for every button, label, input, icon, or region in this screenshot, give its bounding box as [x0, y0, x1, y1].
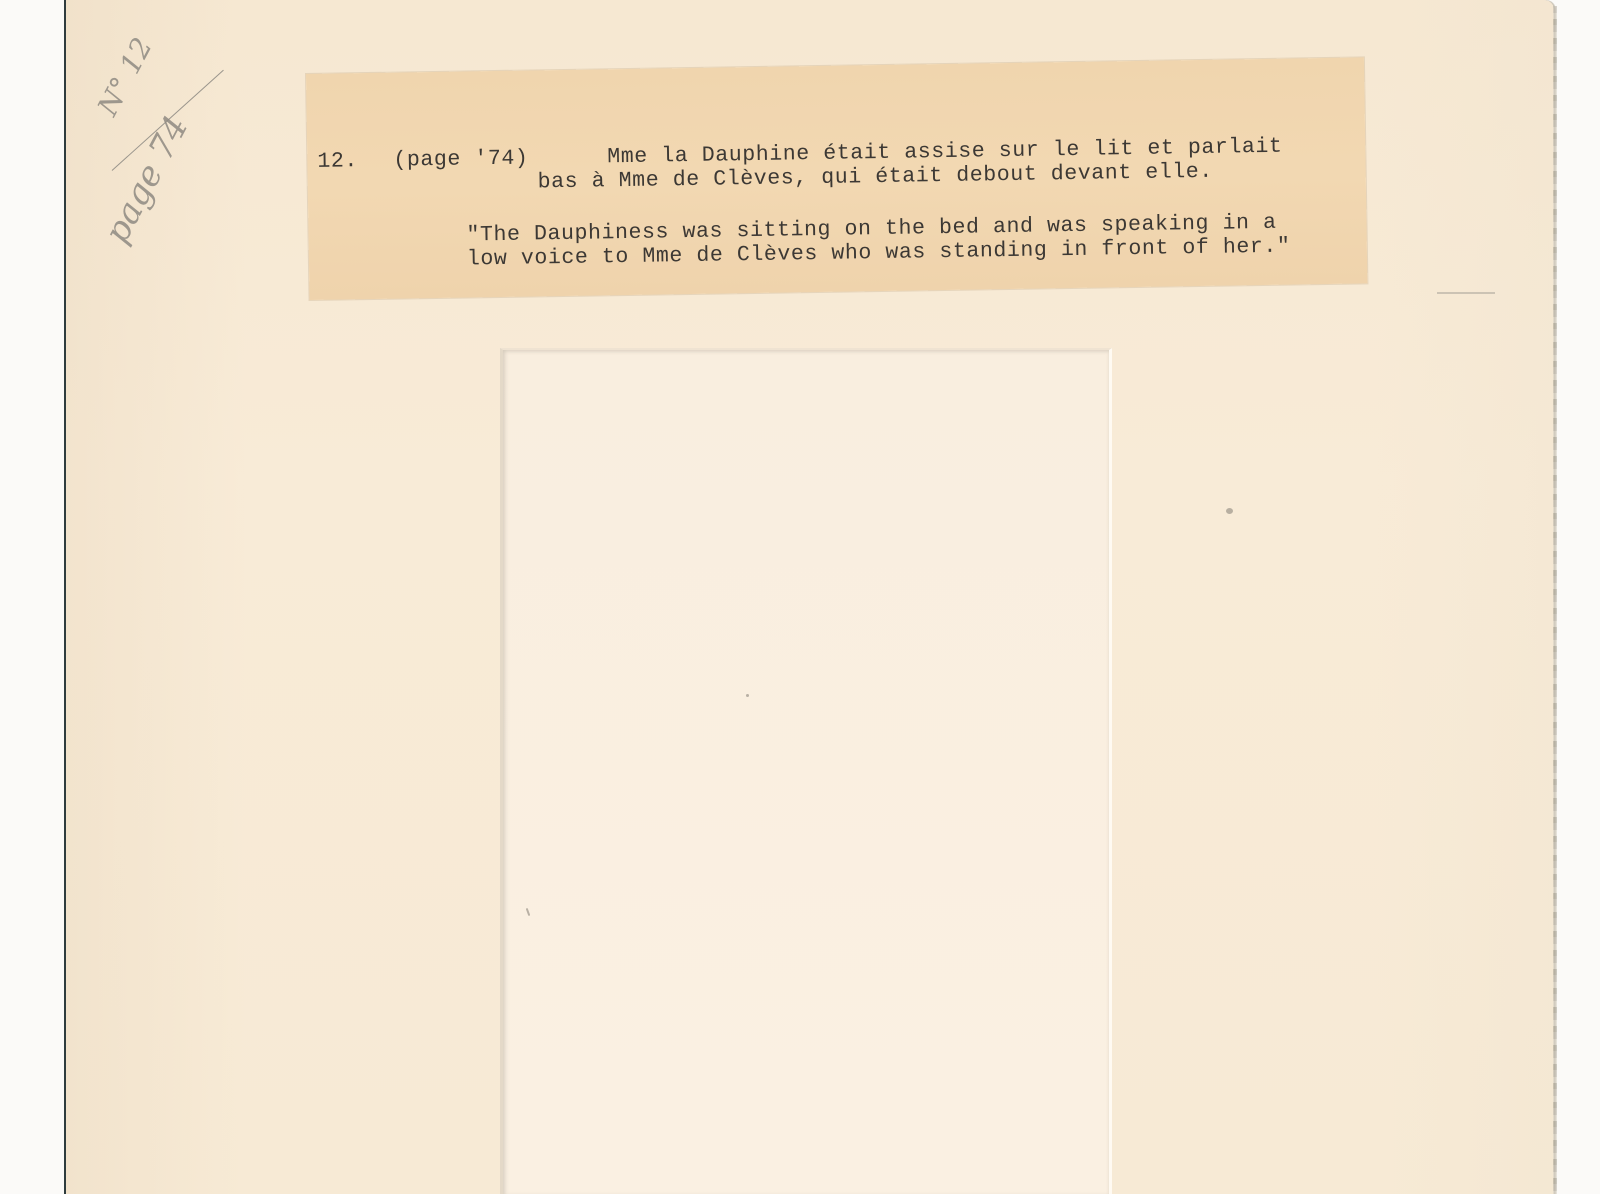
caption-index: 12.: [317, 149, 358, 174]
embossed-plate-mark: [500, 348, 1112, 1194]
pencil-margin-mark: [1437, 292, 1495, 294]
paper-speck: [1226, 508, 1233, 514]
pencil-page-note: page 74: [97, 109, 197, 250]
paper-speck: [746, 694, 749, 697]
scan-background: N° 12 page 74 12. (page '74) Mme la Daup…: [0, 0, 1600, 1194]
pencil-annotations: N° 12 page 74: [112, 50, 262, 280]
typed-caption-label: 12. (page '74) Mme la Dauphine était ass…: [306, 57, 1367, 300]
caption-page-reference: (page '74): [393, 147, 528, 173]
